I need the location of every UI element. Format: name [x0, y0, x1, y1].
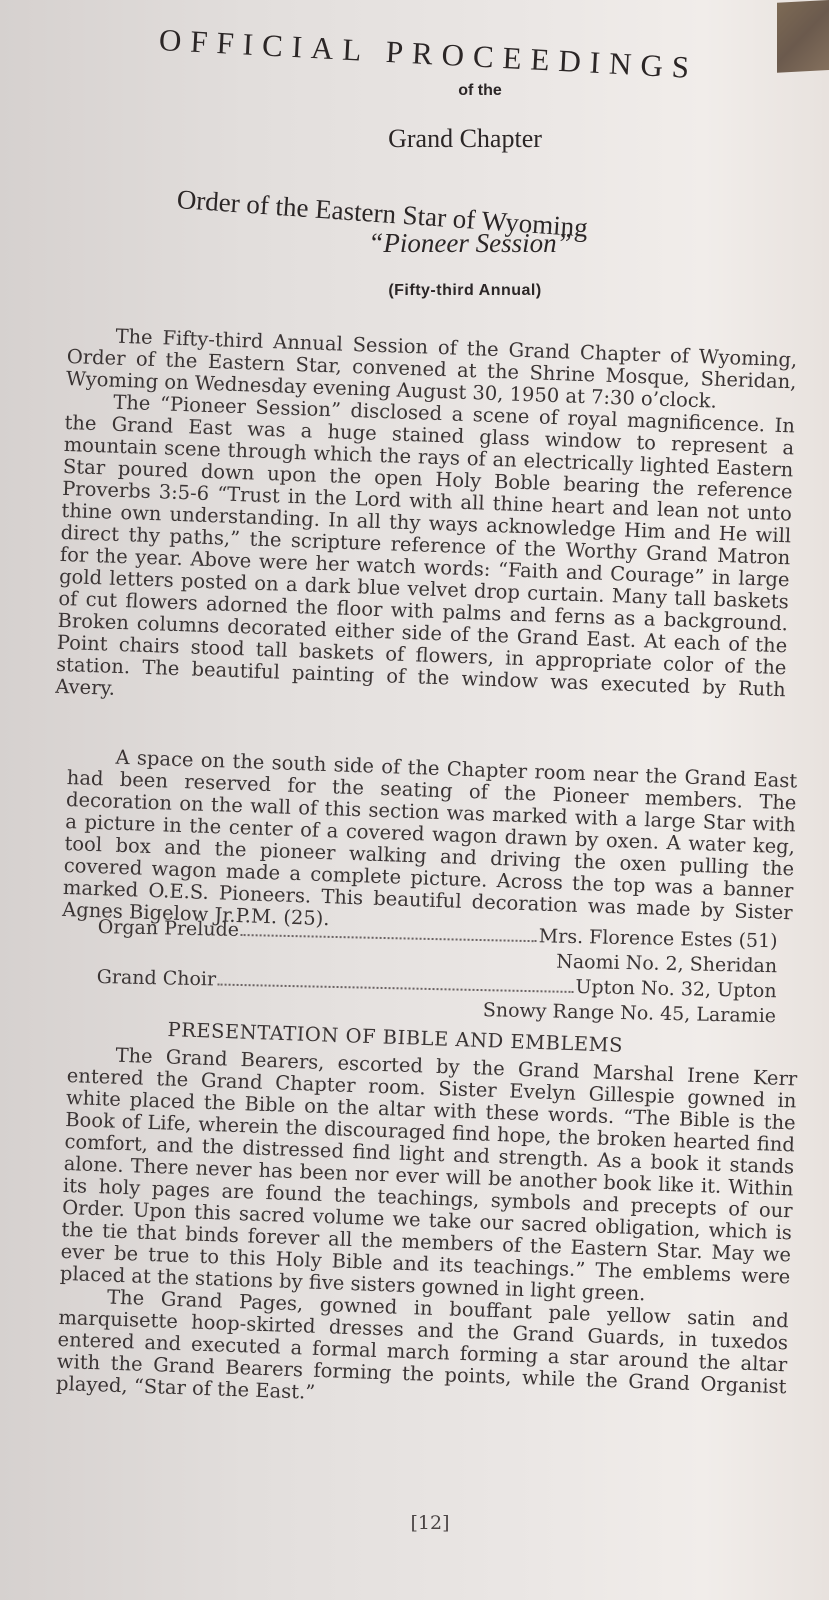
program-list: Organ Prelude Mrs. Florence Estes (51) N… [96, 915, 778, 1029]
session-number: (Fifty-third Annual) [0, 282, 829, 300]
session-name: “Pioneer Session” [0, 228, 829, 259]
document-page: OFFICIAL PROCEEDINGS of the Grand Chapte… [0, 0, 829, 1600]
title-of-the: of the [0, 82, 829, 100]
paragraph-bible-presentation: The Grand Bearers, escorted by the Grand… [60, 1043, 798, 1310]
organization-name: Grand Chapter [0, 124, 829, 154]
dot-leader [241, 933, 537, 942]
program-label: Grand Choir [96, 965, 216, 992]
page-number: [12] [0, 1512, 829, 1534]
dot-leader [218, 983, 574, 993]
paragraph-pioneer-session: The “Pioneer Session” disclosed a scene … [55, 390, 795, 723]
presentation-section: The Grand Bearers, escorted by the Grand… [56, 1043, 798, 1420]
opening-section: The Fifty-third Annual Session of the Gr… [55, 324, 798, 723]
page-title: OFFICIAL PROCEEDINGS [158, 22, 739, 88]
paragraph-grand-pages: The Grand Pages, gowned in bouffant pale… [56, 1285, 789, 1420]
book-corner-tab [777, 0, 829, 73]
program-label: Organ Prelude [97, 915, 239, 943]
